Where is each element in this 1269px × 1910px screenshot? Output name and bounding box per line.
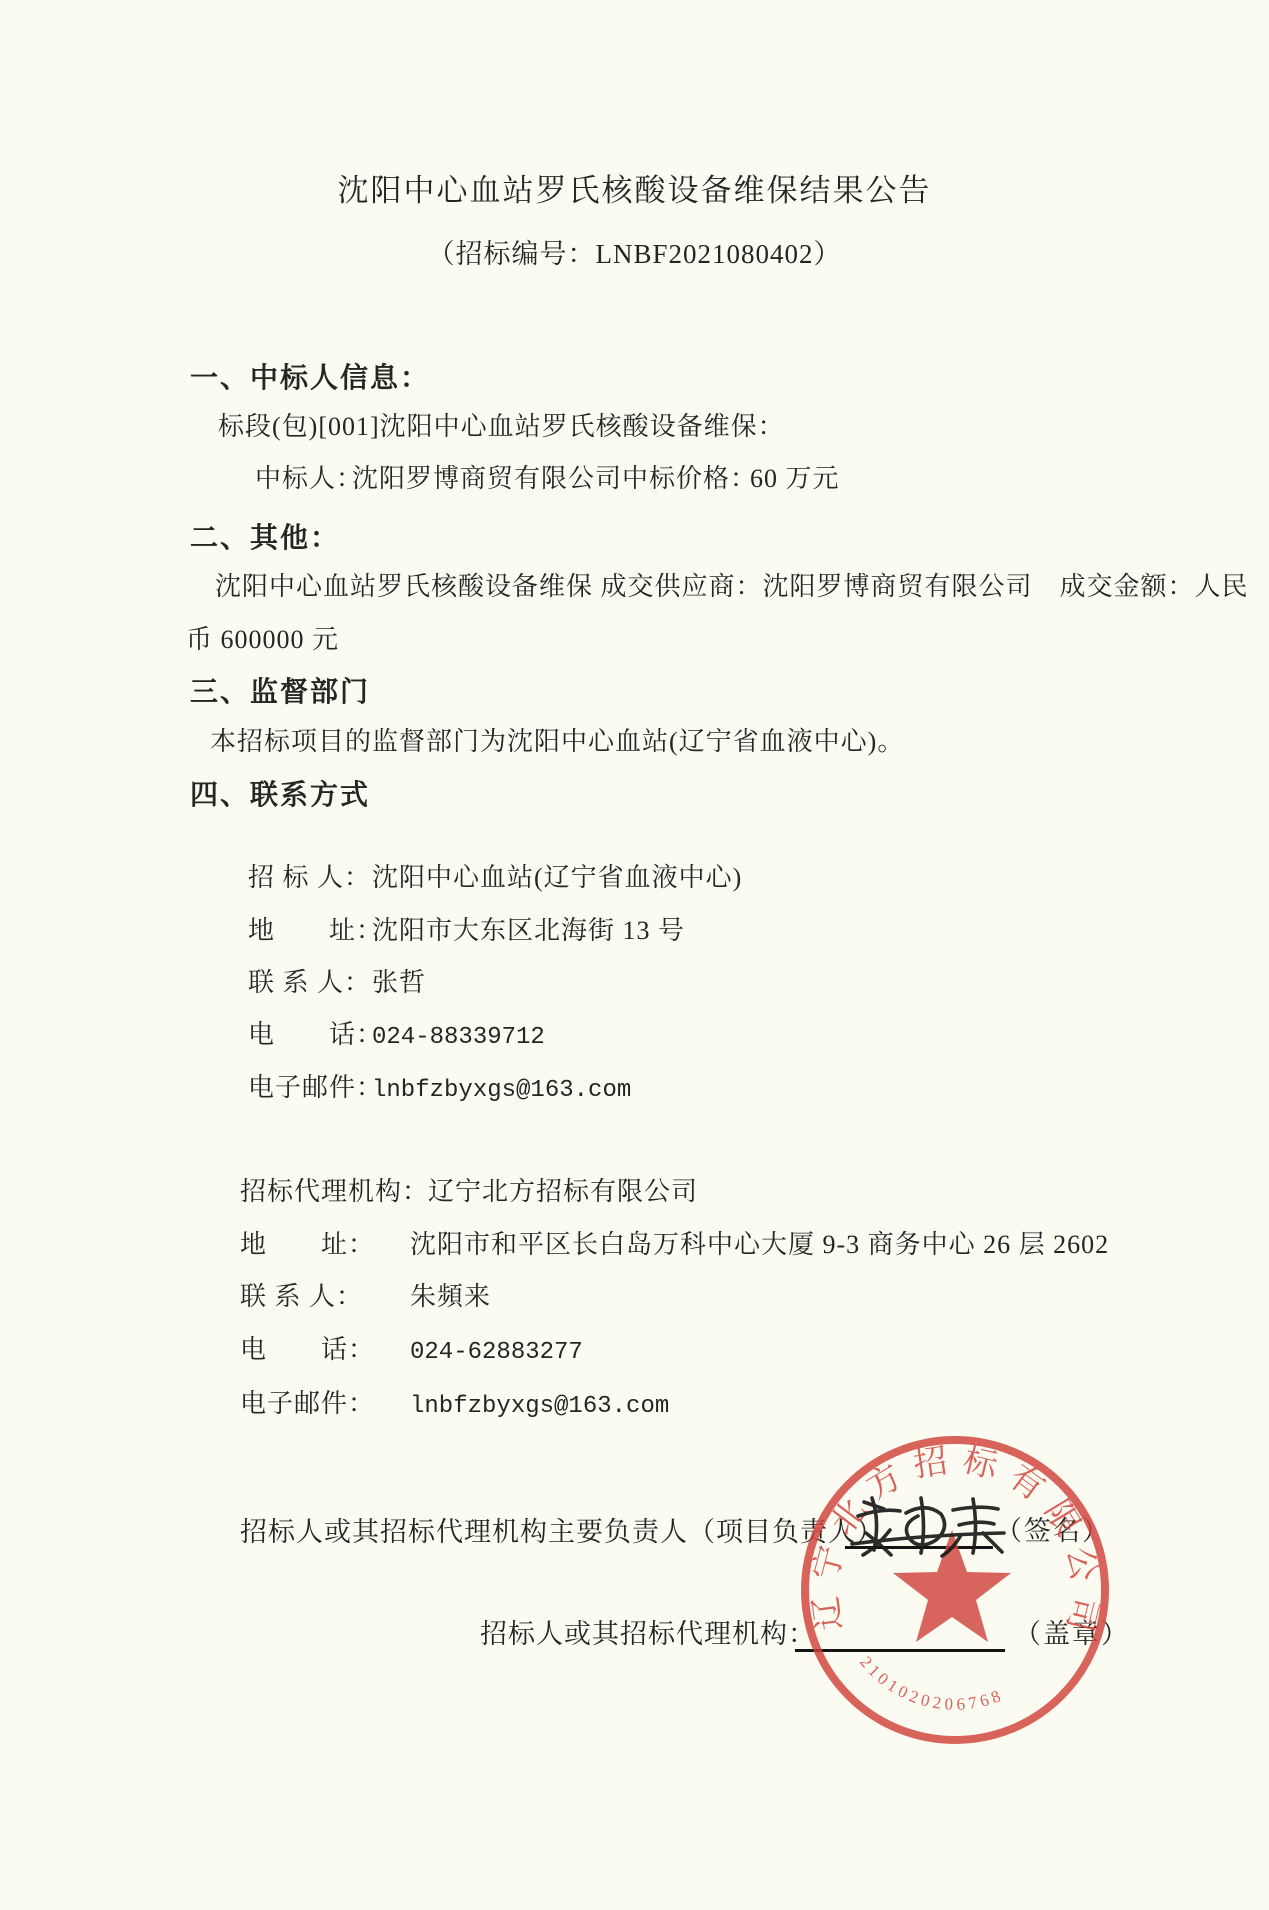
stamp-serial-holder: 2101020206768 — [856, 1653, 1007, 1714]
signature-line — [845, 1546, 993, 1549]
responsible-person-label: 招标人或其招标代理机构主要负责人（项目负责人） — [240, 1510, 884, 1549]
seal-line — [795, 1649, 1005, 1652]
agency-row: 电子邮件：lnbfzbyxgs@163.com — [210, 1353, 669, 1450]
document-subtitle: （招标编号：LNBF2021080402） — [0, 232, 1269, 271]
stamp-ring — [805, 1440, 1105, 1740]
section-heading-contact: 四、联系方式 — [190, 773, 370, 813]
section-heading-supervision: 三、监督部门 — [190, 670, 370, 710]
sign-suffix: （签名） — [995, 1509, 1111, 1548]
tenderer-row: 电子邮件：lnbfzbyxgs@163.com — [218, 1037, 631, 1134]
seal-suffix: （盖章） — [1014, 1612, 1130, 1651]
winner-row: 中标人： 沈阳罗博商贸有限公司 中标价格： 60 万元 — [0, 458, 30, 638]
field-label: 电子邮件： — [240, 1383, 410, 1420]
winner-label: 中标人： — [255, 458, 363, 495]
winner-value: 沈阳罗博商贸有限公司 — [352, 458, 622, 495]
other-body-line2: 币 600000 元 — [186, 619, 339, 656]
lot-line: 标段(包)[001]沈阳中心血站罗氏核酸设备维保： — [218, 406, 785, 443]
price-label: 中标价格： — [622, 458, 757, 495]
document-page: 沈阳中心血站罗氏核酸设备维保结果公告 （招标编号：LNBF2021080402）… — [0, 0, 1269, 1910]
supervision-body: 本招标项目的监督部门为沈阳中心血站(辽宁省血液中心)。 — [210, 721, 904, 758]
section-heading-other: 二、其他： — [190, 516, 340, 556]
stamp-serial-number: 2101020206768 — [856, 1653, 1007, 1714]
price-value: 60 万元 — [750, 458, 840, 495]
field-value: lnbfzbyxgs@163.com — [410, 1393, 669, 1420]
field-value: lnbfzbyxgs@163.com — [372, 1077, 631, 1104]
org-seal-label: 招标人或其招标代理机构： — [480, 1612, 816, 1651]
company-seal-stamp: 辽宁北方招标有限公司 2101020206768 — [805, 1440, 1105, 1740]
other-body-line1: 沈阳中心血站罗氏核酸设备维保 成交供应商：沈阳罗博商贸有限公司 成交金额：人民 — [215, 566, 1249, 603]
field-value: 沈阳市和平区长白岛万科中心大厦 9-3 商务中心 26 层 2602 — [410, 1230, 1109, 1259]
section-heading-winner-info: 一、中标人信息： — [190, 356, 430, 396]
document-title: 沈阳中心血站罗氏核酸设备维保结果公告 — [0, 165, 1269, 210]
field-label: 电子邮件： — [248, 1067, 372, 1104]
